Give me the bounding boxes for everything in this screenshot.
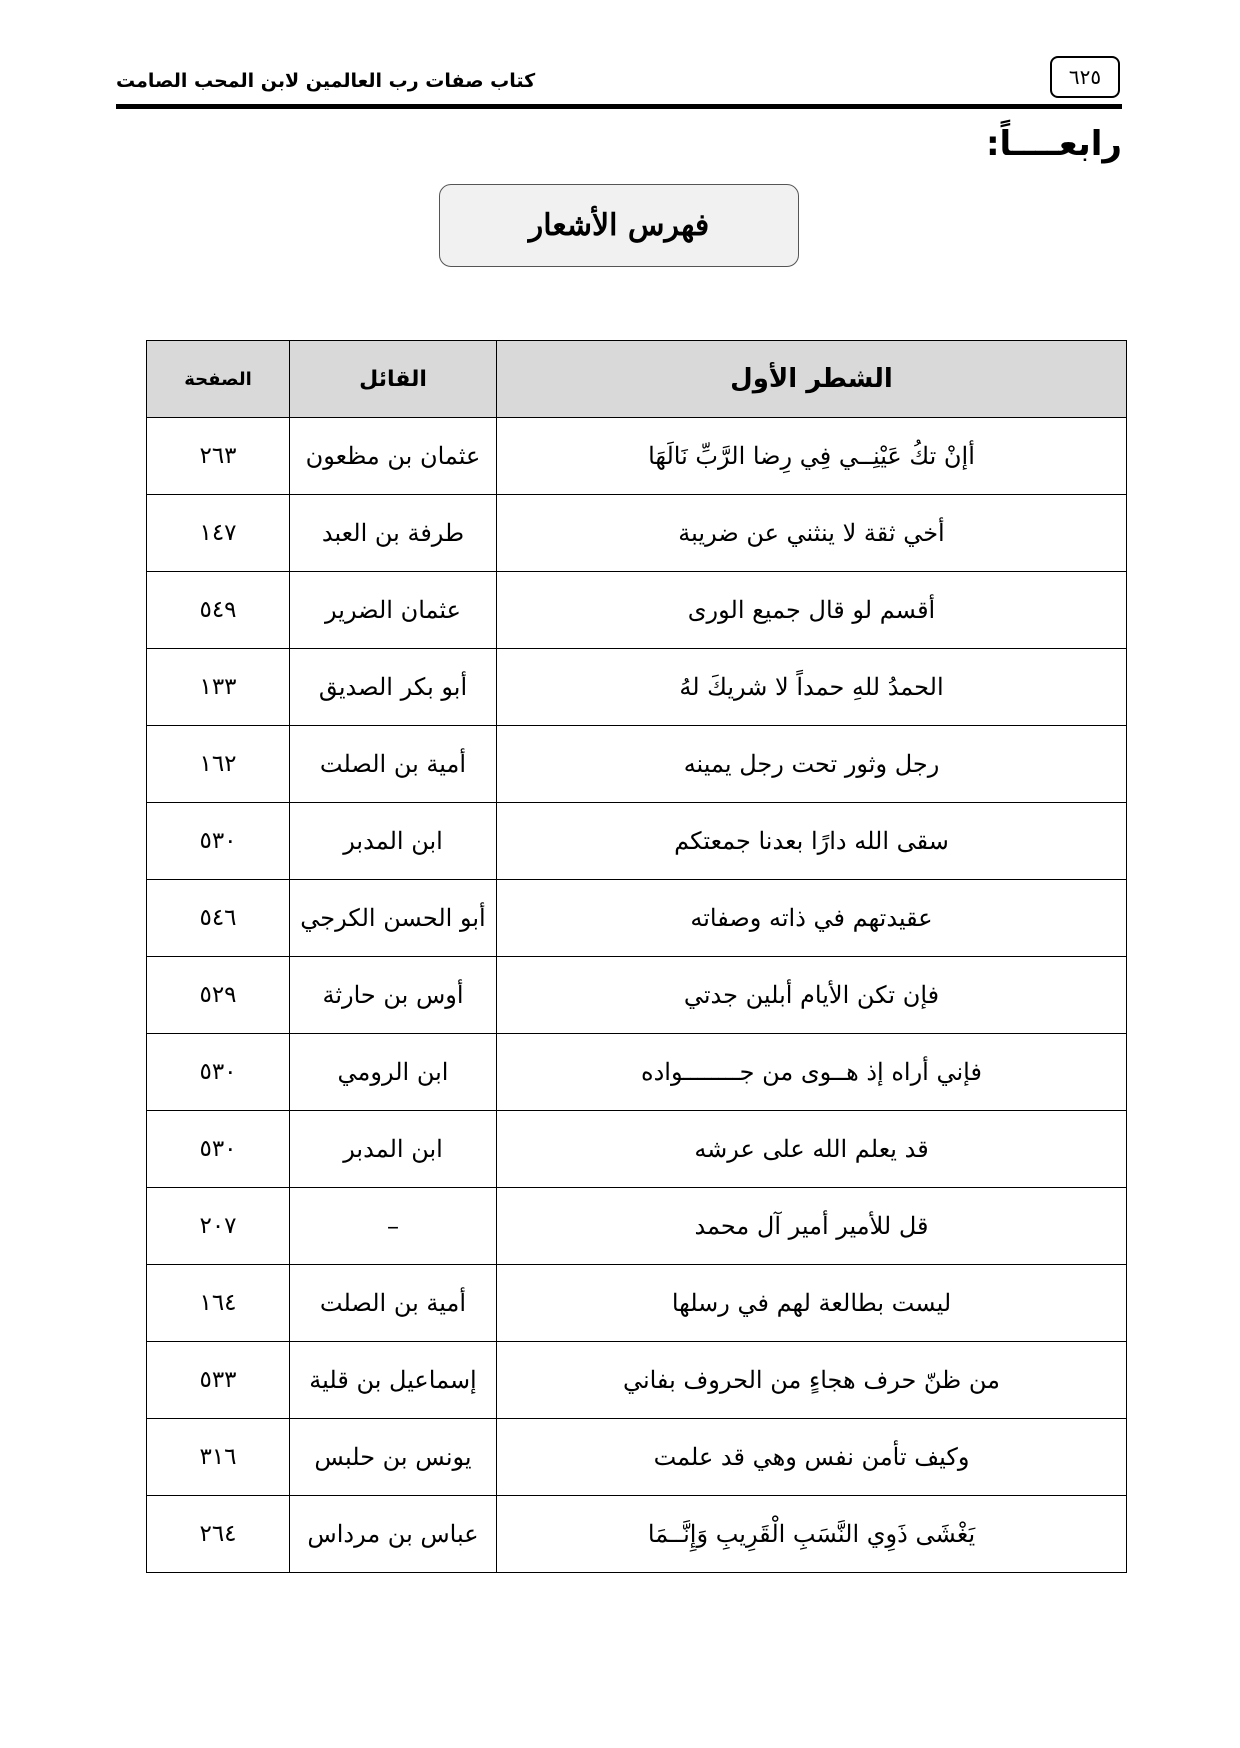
poet-cell: أوس بن حارثة: [290, 957, 497, 1034]
page-cell: ٢٦٣: [147, 418, 290, 495]
poet-cell: ابن المدبر: [290, 803, 497, 880]
page-cell: ٥٣٠: [147, 1111, 290, 1188]
poet-cell: أمية بن الصلت: [290, 726, 497, 803]
verse-cell: قل للأمير أمير آل محمد: [497, 1188, 1127, 1265]
verse-cell: أخي ثقة لا ينثني عن ضريبة: [497, 495, 1127, 572]
table-row: قد يعلم الله على عرشه ابن المدبر ٥٣٠: [147, 1111, 1127, 1188]
verse-cell: عقيدتهم في ذاته وصفاته: [497, 880, 1127, 957]
page-cell: ٣١٦: [147, 1419, 290, 1496]
page-cell: ٥٣٠: [147, 803, 290, 880]
poetry-index-table: الشطر الأول القائل الصفحة أإنْ تكُ عَيْن…: [146, 340, 1127, 1573]
page-cell: ١٤٧: [147, 495, 290, 572]
page-cell: ٥٢٩: [147, 957, 290, 1034]
verse-cell: فإن تكن الأيام أبلين جدتي: [497, 957, 1127, 1034]
verse-cell: قد يعلم الله على عرشه: [497, 1111, 1127, 1188]
column-header-verse: الشطر الأول: [497, 341, 1127, 418]
table-row: رجل وثور تحت رجل يمينه أمية بن الصلت ١٦٢: [147, 726, 1127, 803]
running-head-title: كتاب صفات رب العالمين لابن المحب الصامت: [116, 70, 535, 92]
table-row: قل للأمير أمير آل محمد – ٢٠٧: [147, 1188, 1127, 1265]
table-row: عقيدتهم في ذاته وصفاته أبو الحسن الكرجي …: [147, 880, 1127, 957]
column-header-page: الصفحة: [147, 341, 290, 418]
page-cell: ٢٠٧: [147, 1188, 290, 1265]
table-header-row: الشطر الأول القائل الصفحة: [147, 341, 1127, 418]
column-header-poet: القائل: [290, 341, 497, 418]
page-number-value: ٦٢٥: [1069, 65, 1101, 89]
page-cell: ١٦٢: [147, 726, 290, 803]
page-cell: ١٦٤: [147, 1265, 290, 1342]
table-row: يَغْشَى ذَوِي النَّسَبِ الْقَرِيبِ وَإِن…: [147, 1496, 1127, 1573]
page-cell: ٥٣٣: [147, 1342, 290, 1419]
page-cell: ٥٤٩: [147, 572, 290, 649]
page-title: فهرس الأشعار: [529, 208, 709, 243]
header-rule: [116, 104, 1122, 109]
table-row: وكيف تأمن نفس وهي قد علمت يونس بن حلبس ٣…: [147, 1419, 1127, 1496]
verse-cell: الحمدُ للهِ حمداً لا شريكَ لهُ: [497, 649, 1127, 726]
poet-cell: –: [290, 1188, 497, 1265]
verse-cell: ليست بطالعة لهم في رسلها: [497, 1265, 1127, 1342]
verse-cell: وكيف تأمن نفس وهي قد علمت: [497, 1419, 1127, 1496]
table-row: فإني أراه إذ هــوى من جــــــــواده ابن …: [147, 1034, 1127, 1111]
verse-cell: فإني أراه إذ هــوى من جــــــــواده: [497, 1034, 1127, 1111]
poet-cell: عثمان الضرير: [290, 572, 497, 649]
table-row: أإنْ تكُ عَيْنِــي فِي رِضا الرَّبِّ نَا…: [147, 418, 1127, 495]
verse-cell: يَغْشَى ذَوِي النَّسَبِ الْقَرِيبِ وَإِن…: [497, 1496, 1127, 1573]
page-cell: ٢٦٤: [147, 1496, 290, 1573]
page-cell: ١٣٣: [147, 649, 290, 726]
table-row: سقى الله دارًا بعدنا جمعتكم ابن المدبر ٥…: [147, 803, 1127, 880]
title-box: فهرس الأشعار: [439, 184, 799, 267]
verse-cell: أإنْ تكُ عَيْنِــي فِي رِضا الرَّبِّ نَا…: [497, 418, 1127, 495]
page-cell: ٥٣٠: [147, 1034, 290, 1111]
poet-cell: عثمان بن مظعون: [290, 418, 497, 495]
poet-cell: أبو بكر الصديق: [290, 649, 497, 726]
table-row: فإن تكن الأيام أبلين جدتي أوس بن حارثة ٥…: [147, 957, 1127, 1034]
poet-cell: أبو الحسن الكرجي: [290, 880, 497, 957]
table-row: أقسم لو قال جميع الورى عثمان الضرير ٥٤٩: [147, 572, 1127, 649]
table-row: أخي ثقة لا ينثني عن ضريبة طرفة بن العبد …: [147, 495, 1127, 572]
poet-cell: ابن المدبر: [290, 1111, 497, 1188]
verse-cell: رجل وثور تحت رجل يمينه: [497, 726, 1127, 803]
poet-cell: إسماعيل بن قلية: [290, 1342, 497, 1419]
section-label: رابعــــاً:: [986, 124, 1122, 164]
table-row: من ظنّ حرف هجاءٍ من الحروف بفاني إسماعيل…: [147, 1342, 1127, 1419]
poet-cell: أمية بن الصلت: [290, 1265, 497, 1342]
page-cell: ٥٤٦: [147, 880, 290, 957]
poet-cell: طرفة بن العبد: [290, 495, 497, 572]
verse-cell: أقسم لو قال جميع الورى: [497, 572, 1127, 649]
verse-cell: من ظنّ حرف هجاءٍ من الحروف بفاني: [497, 1342, 1127, 1419]
page-number: ٦٢٥: [1050, 56, 1120, 98]
table-row: الحمدُ للهِ حمداً لا شريكَ لهُ أبو بكر ا…: [147, 649, 1127, 726]
poet-cell: ابن الرومي: [290, 1034, 497, 1111]
verse-cell: سقى الله دارًا بعدنا جمعتكم: [497, 803, 1127, 880]
poet-cell: يونس بن حلبس: [290, 1419, 497, 1496]
poet-cell: عباس بن مرداس: [290, 1496, 497, 1573]
table-row: ليست بطالعة لهم في رسلها أمية بن الصلت ١…: [147, 1265, 1127, 1342]
